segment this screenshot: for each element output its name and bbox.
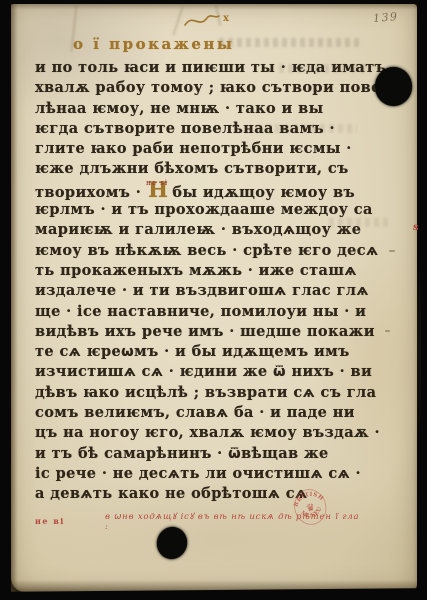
zachalo-margin-mark: ѕ bbox=[412, 222, 419, 234]
text-line: цъ на ногоу ѥго, хвалѫ ѥмоу въздаѫ · bbox=[35, 423, 395, 443]
flourish-letter: х bbox=[223, 13, 230, 24]
text-line: ще · ісе наставниче, помилоуи ны · и bbox=[35, 302, 395, 322]
parchment-hole-top bbox=[375, 67, 412, 106]
show-through-text bbox=[219, 38, 361, 47]
text-line: ѥмоу въ нѣкѫѭ весь · срѣте ѥго десѧ bbox=[35, 241, 395, 261]
text-line: ѥрлмъ · и тъ прохождааше междоу са bbox=[35, 200, 395, 220]
text-line: издалече · и ти въздвигошѧ глас глѧ bbox=[35, 281, 395, 301]
chapter-heading: о ї прокажены bbox=[73, 35, 234, 53]
text-line: мариѥѭ и галилеѭ · въходѧщоу же bbox=[35, 220, 395, 240]
main-text-block: и по толь ꙗси и пиѥши ты · ѥда иматъ хва… bbox=[35, 58, 395, 505]
margin-speck bbox=[385, 330, 390, 332]
stamp-crown-icon: ♛ bbox=[305, 502, 316, 515]
text-line: сомъ велиѥмъ, славѧ ба · и паде ни bbox=[35, 403, 395, 423]
text-line: дѣвъ ꙗко исцѣлѣ ; възврати сѧ съ гла bbox=[35, 383, 395, 403]
manuscript-photo: 139 х о ї прокажены и по толь ꙗси и пиѥш… bbox=[0, 0, 427, 600]
text-line: глите ꙗко раби непотрѣбни ѥсмы · bbox=[35, 139, 395, 159]
margin-speck bbox=[389, 250, 395, 252]
page-edge-shading bbox=[11, 4, 18, 592]
initial-wrap: не ѕіН bbox=[148, 180, 168, 203]
text-line: а девѧть како не обрѣтошѧ сѧ bbox=[35, 484, 395, 504]
lection-mark: не ѕі bbox=[146, 173, 168, 193]
text-line: ѥгда сътворите повелѣнаа вамъ · bbox=[35, 119, 395, 139]
rubric-week-tag: не ві bbox=[35, 516, 65, 526]
text-line: лѣнаа ѥмоу, не мнѭ · тако и вы bbox=[35, 99, 395, 119]
folio-number: 139 bbox=[372, 10, 399, 25]
text-segment: бы идѫщоу ѥмоу въ bbox=[172, 184, 355, 201]
text-line: изчистишѧ сѧ · ѥдини же ѿ нихъ · ви bbox=[35, 362, 395, 382]
heading-flourish-icon: х bbox=[183, 7, 241, 33]
text-line: и по толь ꙗси и пиѥши ты · ѥда иматъ bbox=[35, 58, 395, 78]
parchment-page: 139 х о ї прокажены и по толь ꙗси и пиѥш… bbox=[11, 4, 417, 592]
text-line: іс рече · не десѧть ли очистишѧ сѧ · bbox=[35, 464, 395, 484]
text-segment: творихомъ · bbox=[35, 184, 141, 201]
parchment-crease bbox=[172, 6, 183, 35]
text-line: видѣвъ ихъ рече имъ · шедше покажи bbox=[35, 322, 395, 342]
text-line: те сѧ ѥреѡмъ · и бы идѫщемъ имъ bbox=[35, 342, 395, 362]
text-line: ѥже длъжни бѣхомъ сътворити, съ bbox=[35, 159, 395, 179]
text-line: ть прокаженыхъ мѫжь · иже сташѧ bbox=[35, 261, 395, 281]
text-line: и тъ бѣ самарѣнинъ · ѿвѣщав же bbox=[35, 444, 395, 464]
text-line-with-initial: творихомъ ·не ѕіНбы идѫщоу ѥмоу въ bbox=[35, 180, 395, 200]
text-line: хвалѫ рабоу томоу ; ꙗко сътвори пове bbox=[35, 78, 395, 98]
